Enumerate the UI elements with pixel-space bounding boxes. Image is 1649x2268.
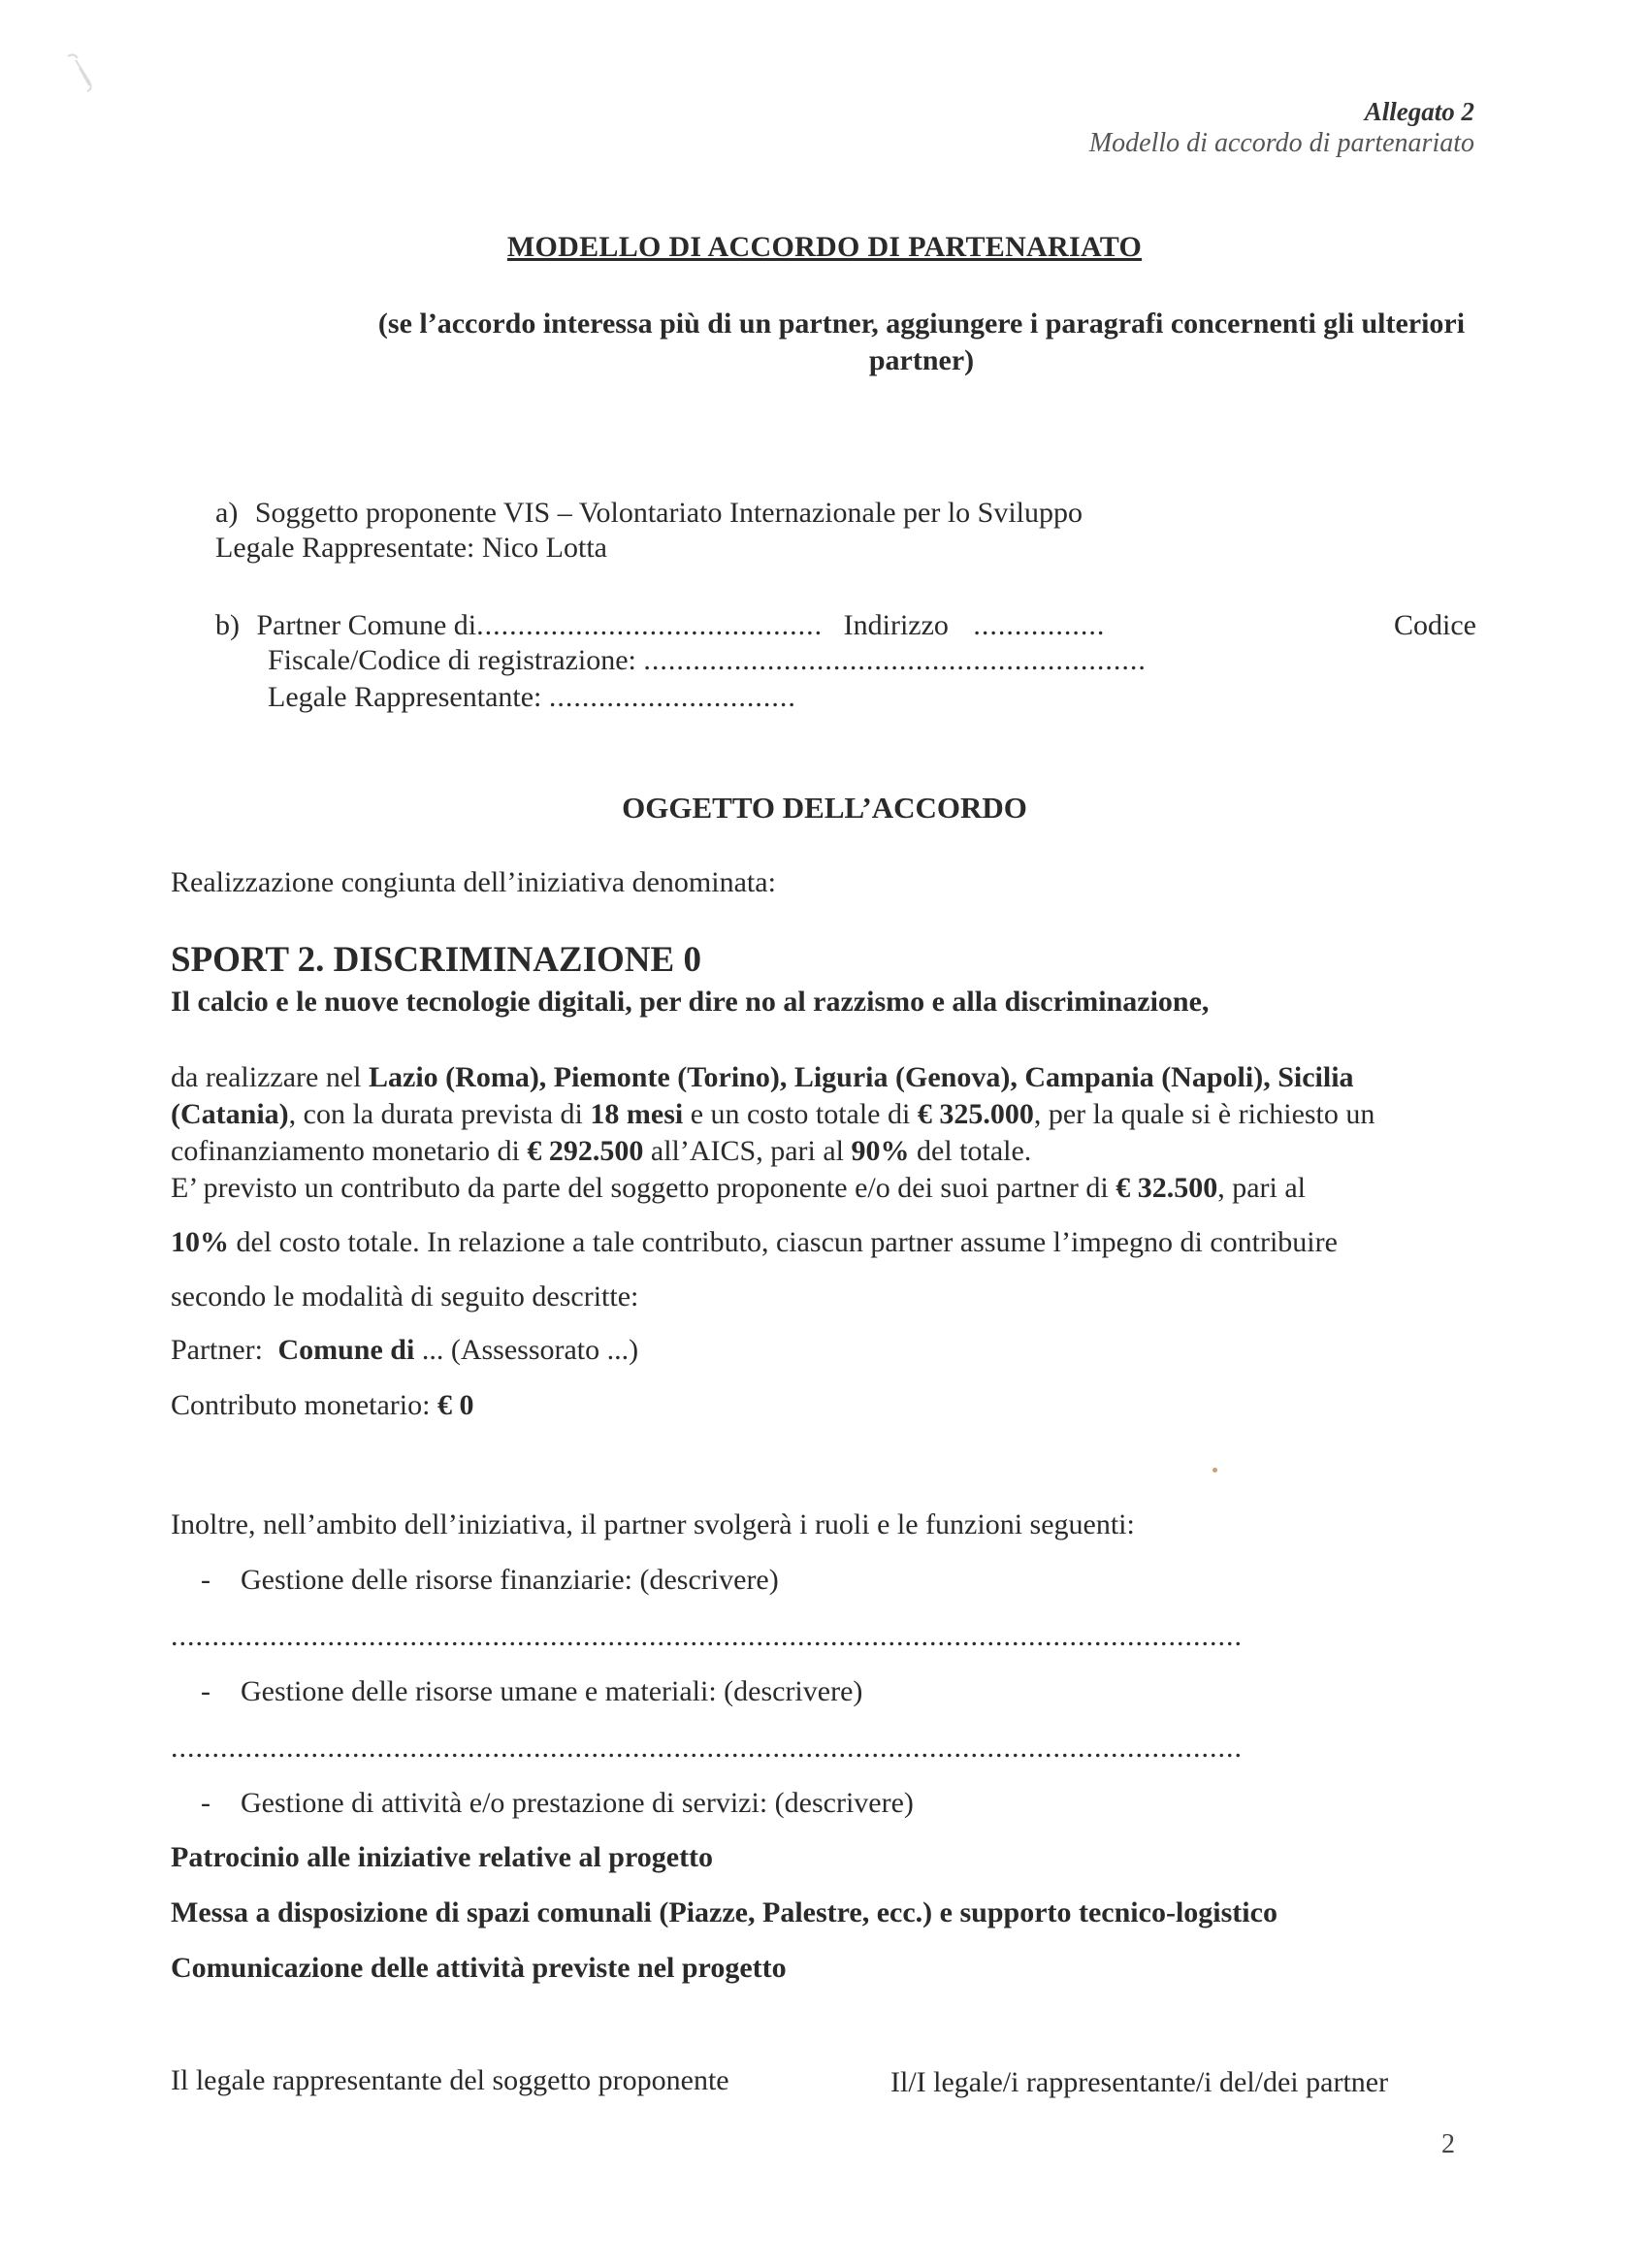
- party-a-proponent: Soggetto proponente VIS – Volontariato I…: [255, 497, 1083, 529]
- text: del costo totale. In relazione a tale co…: [229, 1226, 1338, 1258]
- partner-label: Partner:: [171, 1334, 263, 1366]
- contribution-line-2: 10% del costo totale. In relazione a tal…: [171, 1226, 1338, 1259]
- attachment-subtitle: Modello di accordo di partenariato: [1089, 128, 1474, 159]
- party-a-marker: a): [215, 497, 238, 529]
- monetary-value: € 0: [437, 1389, 474, 1421]
- fiscal-code-field[interactable]: ........................................…: [643, 644, 1147, 676]
- text: , pari al: [1217, 1172, 1306, 1204]
- fiscal-code-row: Fiscale/Codice di registrazione: .......…: [268, 644, 1147, 677]
- address-field[interactable]: ................: [973, 609, 1105, 641]
- partner-representative-label: Legale Rappresentante:: [268, 681, 541, 713]
- scan-speck: [1212, 1468, 1217, 1473]
- role-item: -Gestione di attività e/o prestazione di…: [171, 1787, 914, 1820]
- initiative-intro: Realizzazione congiunta dell’iniziativa …: [171, 866, 776, 899]
- partner-comune-label: Partner Comune di: [257, 609, 477, 641]
- contribution-amount: € 32.500: [1115, 1172, 1217, 1204]
- text: , con la durata prevista di: [289, 1098, 591, 1130]
- codice-label: Codice: [1394, 609, 1476, 642]
- section-title: OGGETTO DELL’ACCORDO: [0, 791, 1649, 826]
- page-number: 2: [1441, 2129, 1455, 2160]
- signature-partner: Il/I legale/i rappresentante/i del/dei p…: [890, 2066, 1388, 2099]
- signature-proponent: Il legale rappresentante del soggetto pr…: [171, 2064, 729, 2097]
- role-text: Gestione di attività e/o prestazione di …: [241, 1787, 914, 1819]
- total-cost: € 325.000: [918, 1098, 1034, 1130]
- project-details: da realizzare nel Lazio (Roma), Piemonte…: [171, 1059, 1471, 1170]
- address-label: Indirizzo: [844, 609, 949, 641]
- cofinancing-amount: € 292.500: [527, 1135, 643, 1167]
- role-item: -Gestione delle risorse umane e material…: [171, 1675, 862, 1708]
- role-text: Gestione delle risorse finanziarie: (des…: [241, 1564, 779, 1596]
- contribution-percent: 10%: [171, 1226, 229, 1258]
- bullet-dash: -: [171, 1787, 241, 1820]
- service-item: Messa a disposizione di spazi comunali (…: [171, 1896, 1277, 1929]
- partner-representative-field[interactable]: ..............................: [549, 681, 796, 713]
- bullet-dash: -: [171, 1564, 241, 1597]
- text: all’AICS, pari al: [643, 1135, 851, 1167]
- party-a-representative: Legale Rappresentate: Nico Lotta: [215, 532, 607, 565]
- role-description-field[interactable]: ........................................…: [171, 1732, 1243, 1765]
- text: da realizzare nel: [171, 1061, 369, 1093]
- service-item: Patrocinio alle iniziative relative al p…: [171, 1841, 713, 1874]
- document-title: MODELLO DI ACCORDO DI PARTENARIATO: [0, 231, 1649, 264]
- monetary-contribution: Contributo monetario: € 0: [171, 1389, 473, 1422]
- partner-comune-field[interactable]: ........................................…: [476, 609, 823, 641]
- partner-name: Comune di: [277, 1334, 414, 1366]
- partner-line: Partner: Comune di ... (Assessorato ...): [171, 1334, 638, 1367]
- roles-intro: Inoltre, nell’ambito dell’iniziativa, il…: [171, 1508, 1135, 1541]
- scan-artifact-icon: [58, 49, 126, 107]
- party-b-marker: b): [215, 609, 240, 641]
- contribution-line: E’ previsto un contributo da parte del s…: [171, 1172, 1306, 1205]
- party-b: b) Partner Comune di....................…: [215, 609, 1476, 642]
- project-title: SPORT 2. DISCRIMINAZIONE 0: [171, 939, 701, 981]
- text: del totale.: [910, 1135, 1032, 1167]
- partner-representative-row: Legale Rappresentante: .................…: [268, 681, 796, 714]
- role-description-field[interactable]: ........................................…: [171, 1620, 1243, 1653]
- service-item: Comunicazione delle attività previste ne…: [171, 1952, 787, 1985]
- role-text: Gestione delle risorse umane e materiali…: [241, 1675, 862, 1707]
- document-subtitle: (se l’accordo interessa più di un partne…: [359, 306, 1484, 379]
- fiscal-code-label: Fiscale/Codice di registrazione:: [268, 644, 636, 676]
- cofinancing-percent: 90%: [852, 1135, 910, 1167]
- partner-assessorato: ... (Assessorato ...): [414, 1334, 638, 1366]
- text: e un costo totale di: [683, 1098, 918, 1130]
- monetary-label: Contributo monetario:: [171, 1389, 437, 1421]
- project-subtitle: Il calcio e le nuove tecnologie digitali…: [171, 986, 1209, 1019]
- text: E’ previsto un contributo da parte del s…: [171, 1172, 1115, 1204]
- role-item: -Gestione delle risorse finanziarie: (de…: [171, 1564, 779, 1597]
- party-a: a) Soggetto proponente VIS – Volontariat…: [215, 497, 1083, 530]
- contribution-line-3: secondo le modalità di seguito descritte…: [171, 1280, 638, 1313]
- project-duration: 18 mesi: [590, 1098, 683, 1130]
- attachment-label: Allegato 2: [1365, 97, 1474, 127]
- bullet-dash: -: [171, 1675, 241, 1708]
